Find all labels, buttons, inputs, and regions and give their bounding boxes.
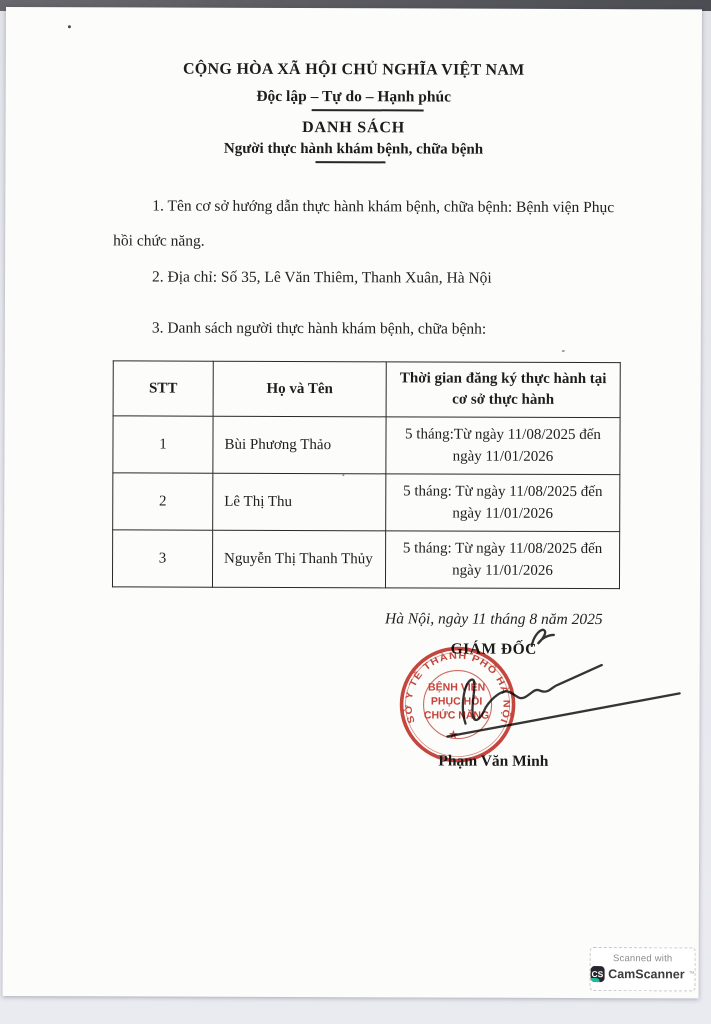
national-motto: Độc lập – Tự do – Hạnh phúc [6,87,702,107]
scanned-document-view: { "document": { "national_header": { "li… [0,0,711,1024]
cell-time: 5 tháng:Từ ngày 11/08/2025 đến ngày 11/0… [386,417,620,475]
handwritten-signature [427,619,697,760]
camscanner-brand-label: CamScanner [608,967,684,981]
subtitle-underline [315,161,385,163]
signature-loops [463,665,602,724]
cell-time: 5 tháng: Từ ngày 11/08/2025 đến ngày 11/… [386,474,620,532]
signer-name: Phạm Văn Minh [403,752,583,771]
motto-underline [312,109,424,111]
scan-speck [342,474,344,476]
cell-stt: 1 [113,416,213,473]
paragraph-address: 2. Địa chỉ: Số 35, Lê Văn Thiêm, Thanh X… [152,260,492,296]
camscanner-watermark: Scanned with CS CamScanner ™ [590,947,696,991]
scan-speck [562,350,565,352]
cell-stt: 2 [113,473,213,530]
document-page: CỘNG HÒA XÃ HỘI CHỦ NGHĨA VIỆT NAM Độc l… [3,7,702,998]
scan-speck [68,25,71,28]
header-time: Thời gian đăng ký thực hành tại cơ sở th… [386,362,620,418]
table-header-row: STT Họ và Tên Thời gian đăng ký thực hàn… [113,361,620,418]
signature-flourish [532,630,554,646]
paragraph-facility: 1. Tên cơ sở hướng dẫn thực hành khám bệ… [113,188,627,260]
paragraph-list-intro: 3. Danh sách người thực hành khám bệnh, … [152,311,486,347]
document-title: DANH SÁCH [6,118,702,138]
cell-name: Bùi Phương Thảo [213,416,386,474]
cell-name: Lê Thị Thu [213,473,386,531]
header-name: Họ và Tên [213,361,386,417]
header-stt: STT [113,361,213,416]
table-row: 3 Nguyễn Thị Thanh Thủy 5 tháng: Từ ngày… [112,530,619,589]
table-row: 1 Bùi Phương Thảo 5 tháng:Từ ngày 11/08/… [113,416,620,475]
national-header-line1: CỘNG HÒA XÃ HỘI CHỦ NGHĨA VIỆT NAM [6,60,702,80]
document-subtitle: Người thực hành khám bệnh, chữa bệnh [5,140,701,159]
cell-name: Nguyễn Thị Thanh Thủy [212,530,385,588]
table-row: 2 Lê Thị Thu 5 tháng: Từ ngày 11/08/2025… [113,473,620,532]
camscanner-scanned-with-label: Scanned with [591,953,695,964]
practitioner-table: STT Họ và Tên Thời gian đăng ký thực hàn… [112,360,621,589]
cell-time: 5 tháng: Từ ngày 11/08/2025 đến ngày 11/… [385,531,619,589]
cell-stt: 3 [112,530,212,587]
camscanner-logo-icon: CS [591,966,605,982]
trademark-symbol: ™ [689,971,695,977]
